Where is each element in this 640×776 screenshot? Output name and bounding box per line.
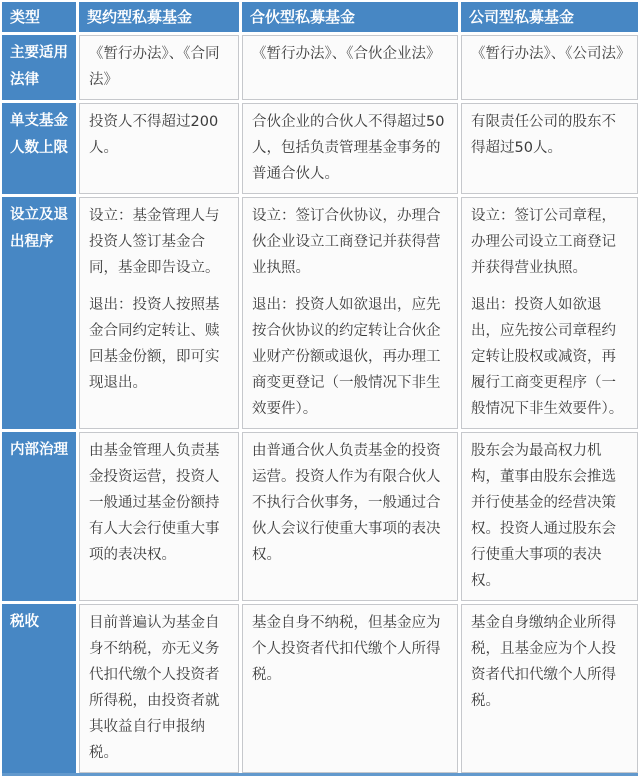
row-label-governance: 内部治理 (2, 432, 76, 601)
table-cell: 目前普遍认为基金自身不纳税，亦无义务代扣代缴个人投资者所得税，由投资者就其收益自… (79, 604, 239, 773)
table-cell: 由普通合伙人负责基金的投资运营。投资人作为有限合伙人不执行合伙事务，一般通过合伙… (242, 432, 458, 601)
paragraph: 《暂行办法》、《合同法》 (89, 41, 231, 93)
paragraph: 《暂行办法》、《公司法》 (471, 41, 630, 67)
paragraph: 由基金管理人负责基金投资运营，投资人一般通过基金份额持有人大会行使重大事项的表决… (89, 438, 231, 568)
paragraph: 股东会为最高权力机构，董事由股东会推选并行使基金的经营决策权。投资人通过股东会行… (471, 438, 630, 594)
table-cell: 《暂行办法》、《公司法》 (461, 35, 638, 100)
table-grid: 类型 契约型私募基金 合伙型私募基金 公司型私募基金 主要适用法律 《暂行办法》… (0, 0, 640, 773)
table-cell: 基金自身不纳税，但基金应为个人投资者代扣代缴个人所得税。 (242, 604, 458, 773)
paragraph: 设立：基金管理人与投资人签订基金合同，基金即告设立。 (89, 203, 231, 281)
column-header-type: 类型 (2, 2, 76, 32)
table-cell: 基金自身缴纳企业所得税，且基金应为个人投资者代扣代缴个人所得税。 (461, 604, 638, 773)
paragraph: 有限责任公司的股东不得超过50人。 (471, 109, 630, 161)
table-cell: 设立：签订合伙协议，办理合伙企业设立工商登记并获得营业执照。 退出：投资人如欲退… (242, 197, 458, 429)
table-cell: 由基金管理人负责基金投资运营，投资人一般通过基金份额持有人大会行使重大事项的表决… (79, 432, 239, 601)
paragraph: 退出：投资人按照基金合同约定转让、赎回基金份额，即可实现退出。 (89, 292, 231, 396)
paragraph: 基金自身缴纳企业所得税，且基金应为个人投资者代扣代缴个人所得税。 (471, 610, 630, 714)
column-header-contract-fund: 契约型私募基金 (79, 2, 239, 32)
table-cell: 《暂行办法》、《合同法》 (79, 35, 239, 100)
paragraph: 目前普遍认为基金自身不纳税，亦无义务代扣代缴个人投资者所得税，由投资者就其收益自… (89, 610, 231, 766)
fund-comparison-table: 类型 契约型私募基金 合伙型私募基金 公司型私募基金 主要适用法律 《暂行办法》… (0, 0, 640, 776)
paragraph: 合伙企业的合伙人不得超过50人，包括负责管理基金事务的普通合伙人。 (252, 109, 450, 187)
table-cell: 合伙企业的合伙人不得超过50人，包括负责管理基金事务的普通合伙人。 (242, 103, 458, 194)
table-cell: 设立：基金管理人与投资人签订基金合同，基金即告设立。 退出：投资人按照基金合同约… (79, 197, 239, 429)
column-header-partnership-fund: 合伙型私募基金 (242, 2, 458, 32)
table-cell: 《暂行办法》、《合伙企业法》 (242, 35, 458, 100)
paragraph: 由普通合伙人负责基金的投资运营。投资人作为有限合伙人不执行合伙事务，一般通过合伙… (252, 438, 450, 568)
paragraph: 退出：投资人如欲退出，应先按合伙协议的约定转让合伙企业财产份额或退伙，再办理工商… (252, 292, 450, 422)
paragraph: 基金自身不纳税，但基金应为个人投资者代扣代缴个人所得税。 (252, 610, 450, 688)
column-header-company-fund: 公司型私募基金 (461, 2, 638, 32)
table-cell: 投资人不得超过200人。 (79, 103, 239, 194)
paragraph: 《暂行办法》、《合伙企业法》 (252, 41, 450, 67)
paragraph: 设立：签订合伙协议，办理合伙企业设立工商登记并获得营业执照。 (252, 203, 450, 281)
table-cell: 有限责任公司的股东不得超过50人。 (461, 103, 638, 194)
row-label-applicable-law: 主要适用法律 (2, 35, 76, 100)
paragraph: 设立：签订公司章程，办理公司设立工商登记并获得营业执照。 (471, 203, 630, 281)
row-label-investor-limit: 单支基金人数上限 (2, 103, 76, 194)
paragraph: 退出：投资人如欲退出，应先按公司章程约定转让股权或减资，再履行工商变更程序（一般… (471, 292, 630, 422)
row-label-tax: 税收 (2, 604, 76, 773)
table-cell: 股东会为最高权力机构，董事由股东会推选并行使基金的经营决策权。投资人通过股东会行… (461, 432, 638, 601)
paragraph: 投资人不得超过200人。 (89, 109, 231, 161)
table-cell: 设立：签订公司章程，办理公司设立工商登记并获得营业执照。 退出：投资人如欲退出，… (461, 197, 638, 429)
row-label-setup-exit: 设立及退出程序 (2, 197, 76, 429)
